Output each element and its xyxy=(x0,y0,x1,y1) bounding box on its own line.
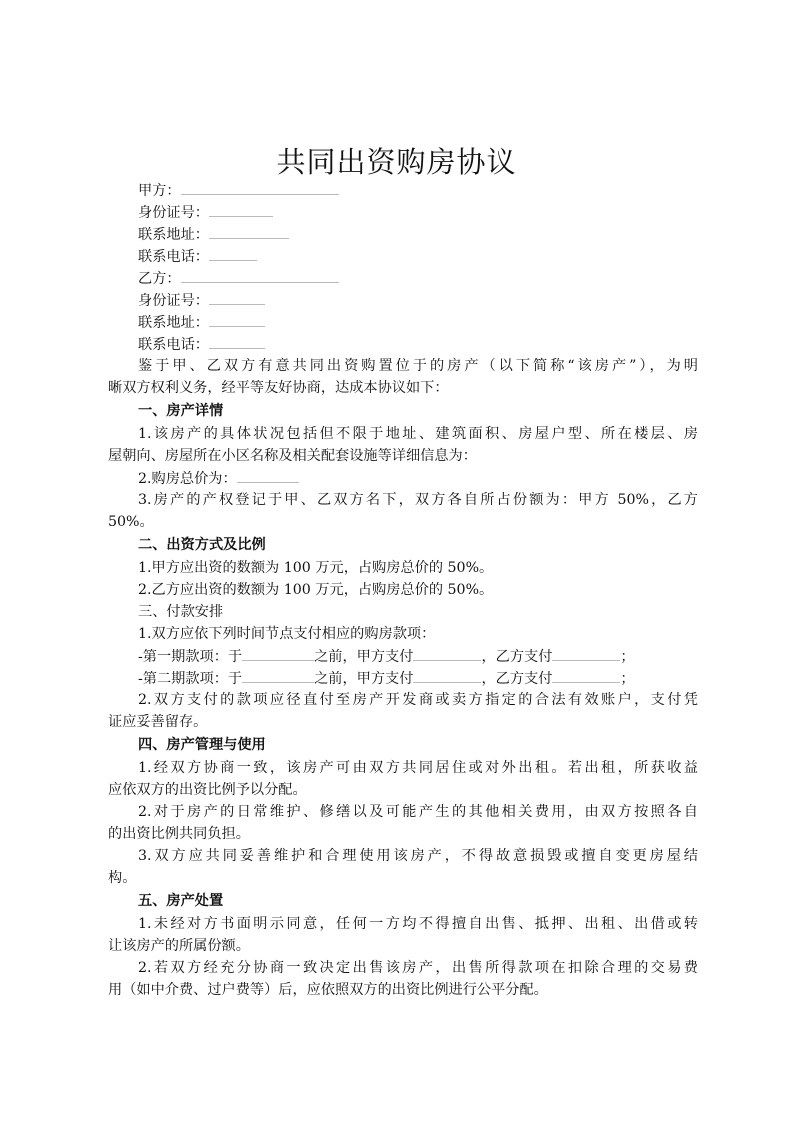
s4-p3-line2: 构。 xyxy=(108,868,698,888)
party-b-field: 乙方： xyxy=(138,268,728,289)
s2-p2: 2.乙方应出资的数额为 100 万元，占购房总价的 50%。 xyxy=(138,580,728,600)
section-1-heading: 一、房产详情 xyxy=(138,401,728,421)
s4-p1-line2: 应依双方的出资比例予以分配。 xyxy=(108,780,698,800)
installment-2-party-a-blank[interactable] xyxy=(413,668,481,683)
party-b-id-field: 身份证号： xyxy=(138,290,728,311)
s5-p2-line1: 2.若双方经充分协商一致决定出售该房产，出售所得款项在扣除合理的交易费 xyxy=(138,958,698,978)
party-a-id-blank[interactable] xyxy=(209,202,273,217)
party-a-phone-field: 联系电话： xyxy=(138,246,728,267)
s4-p2-line2: 的出资比例共同负担。 xyxy=(108,824,698,844)
intro-line-2: 晰双方权利义务，经平等友好协商，达成本协议如下： xyxy=(108,378,698,398)
s4-p3-line1: 3.双方应共同妥善维护和合理使用该房产，不得故意损毁或擅自变更房屋结 xyxy=(138,846,698,866)
party-b-id-blank[interactable] xyxy=(209,290,265,305)
section-5-heading: 五、房产处置 xyxy=(138,891,728,911)
document-page: 共同出资购房协议 甲方： 身份证号： 联系地址： 联系电话： 乙方： 身份证号：… xyxy=(0,0,793,1121)
s4-p2-line1: 2.对于房产的日常维护、修缮以及可能产生的其他相关费用，由双方按照各自 xyxy=(138,802,698,822)
intro-line-1: 鉴于甲、乙双方有意共同出资购置位于的房产（以下简称“该房产”），为明 xyxy=(138,356,698,376)
s1-p2: 2.购房总价为： xyxy=(138,468,728,489)
installment-2-date-blank[interactable] xyxy=(242,668,314,683)
s3-p1: 1.双方应依下列时间节点支付相应的购房款项： xyxy=(138,624,728,644)
s3-p2-line1: 2.双方支付的款项应径直付至房产开发商或卖方指定的合法有效账户，支付凭 xyxy=(138,690,698,710)
party-a-phone-blank[interactable] xyxy=(209,246,257,261)
s5-p1-line1: 1.未经对方书面明示同意，任何一方均不得擅自出售、抵押、出租、出借或转 xyxy=(138,914,698,934)
section-2-heading: 二、出资方式及比例 xyxy=(138,535,728,555)
s1-p3-line2: 50%。 xyxy=(108,512,698,532)
party-b-address-blank[interactable] xyxy=(209,312,265,327)
document-title: 共同出资购房协议 xyxy=(0,140,793,181)
installment-1-party-a-blank[interactable] xyxy=(413,646,481,661)
party-b-phone-field: 联系电话： xyxy=(138,334,728,355)
s5-p2-line2: 用（如中介费、过户费等）后，应依照双方的出资比例进行公平分配。 xyxy=(108,980,698,1000)
s2-p1: 1.甲方应出资的数额为 100 万元，占购房总价的 50%。 xyxy=(138,558,728,578)
s3-installment-2: -第二期款项：于之前，甲方支付，乙方支付； xyxy=(138,668,728,689)
party-a-blank[interactable] xyxy=(181,180,339,195)
s1-p1-line2: 屋朝向、房屋所在小区名称及相关配套设施等详细信息为： xyxy=(108,446,698,466)
s1-p3-line1: 3.房产的产权登记于甲、乙双方名下，双方各自所占份额为：甲方 50%，乙方 xyxy=(138,490,698,510)
installment-2-party-b-blank[interactable] xyxy=(552,668,620,683)
party-a-address-field: 联系地址： xyxy=(138,224,728,245)
installment-1-date-blank[interactable] xyxy=(242,646,314,661)
party-b-blank[interactable] xyxy=(181,268,339,283)
total-price-blank[interactable] xyxy=(237,468,299,483)
party-a-field: 甲方： xyxy=(138,180,728,201)
party-b-address-field: 联系地址： xyxy=(138,312,728,333)
section-4-heading: 四、房产管理与使用 xyxy=(138,735,728,755)
s3-installment-1: -第一期款项：于之前，甲方支付，乙方支付； xyxy=(138,646,728,667)
s3-p2-line2: 证应妥善留存。 xyxy=(108,712,698,732)
installment-1-party-b-blank[interactable] xyxy=(552,646,620,661)
party-a-address-blank[interactable] xyxy=(209,224,289,239)
party-a-id-field: 身份证号： xyxy=(138,202,728,223)
s5-p1-line2: 让该房产的所属份额。 xyxy=(108,936,698,956)
s4-p1-line1: 1.经双方协商一致，该房产可由双方共同居住或对外出租。若出租，所获收益 xyxy=(138,758,698,778)
section-3-heading: 三、付款安排 xyxy=(138,602,728,622)
s1-p1-line1: 1.该房产的具体状况包括但不限于地址、建筑面积、房屋户型、所在楼层、房 xyxy=(138,424,698,444)
party-b-phone-blank[interactable] xyxy=(209,334,265,349)
